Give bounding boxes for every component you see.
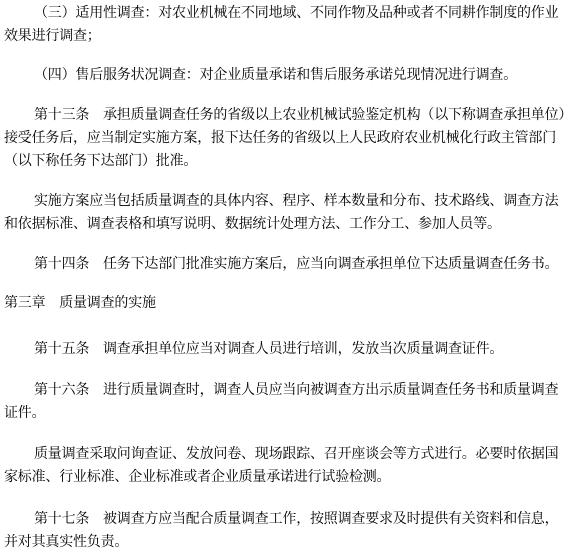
paragraph-after-sales-survey: （四）售后服务状况调查：对企业质量承诺和售后服务承诺兑现情况进行调查。	[4, 64, 570, 87]
paragraph-adaptability-survey: （三）适用性调查：对农业机械在不同地域、不同作物及品种或者不同耕作制度的作业效果…	[4, 2, 570, 48]
paragraph-article-17: 第十七条 被调查方应当配合质量调查工作，按照调查要求及时提供有关资料和信息，并对…	[4, 508, 570, 551]
paragraph-article-13: 第十三条 承担质量调查任务的省级以上农业机械试验鉴定机构（以下称调查承担单位）接…	[4, 104, 570, 173]
paragraph-survey-methods: 质量调查采取问询查证、发放问卷、现场跟踪、召开座谈会等方式进行。必要时依据国家标…	[4, 443, 570, 489]
paragraph-article-14: 第十四条 任务下达部门批准实施方案后，应当向调查承担单位下达质量调查任务书。	[4, 253, 570, 276]
paragraph-implementation-plan: 实施方案应当包括质量调查的具体内容、程序、样本数量和分布、技术路线、调查方法和依…	[4, 190, 570, 236]
paragraph-article-15: 第十五条 调查承担单位应当对调查人员进行培训，发放当次质量调查证件。	[4, 338, 570, 361]
chapter-3-heading: 第三章 质量调查的实施	[4, 292, 570, 315]
paragraph-article-16: 第十六条 进行质量调查时，调查人员应当向被调查方出示质量调查任务书和质量调查证件…	[4, 379, 570, 425]
